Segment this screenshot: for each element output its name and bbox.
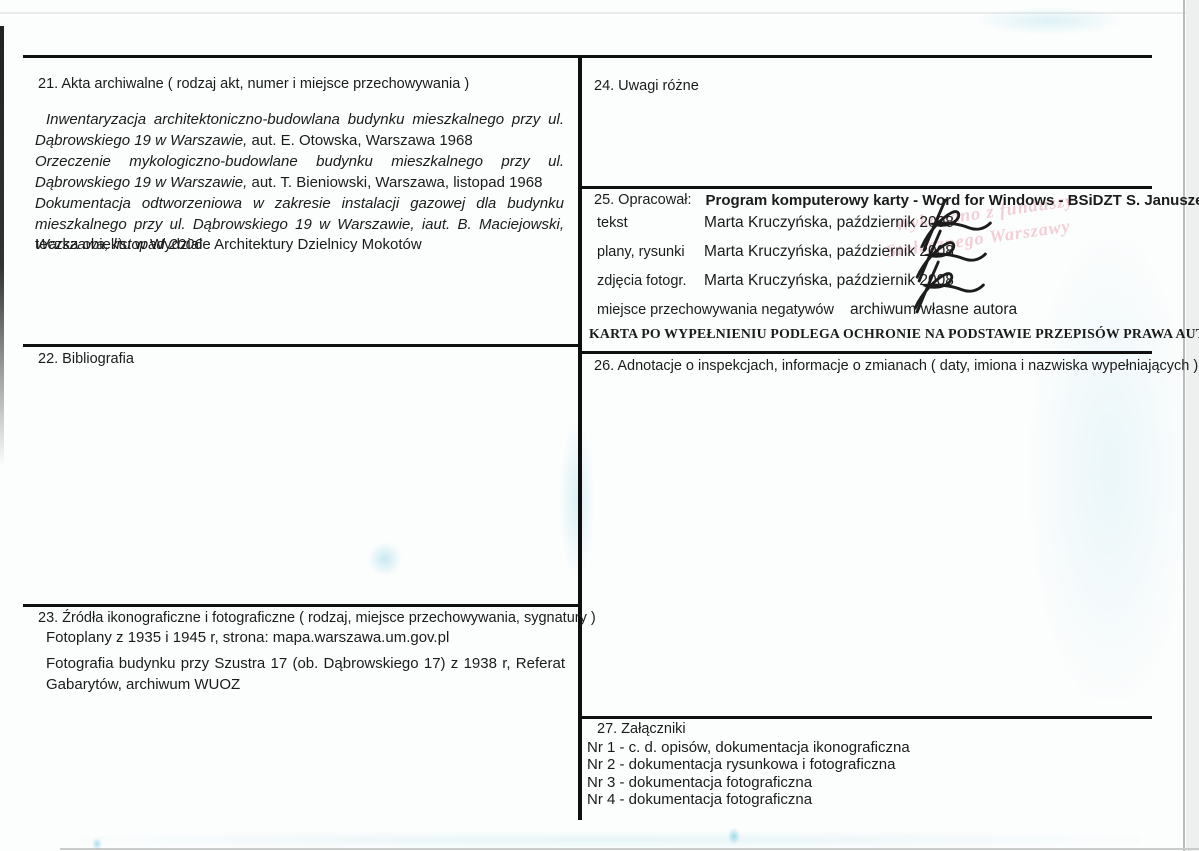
section-23-header: 23. Źródła ikonograficzne i fotograficzn… <box>38 610 596 626</box>
section-27-header: 27. Załączniki <box>597 721 910 738</box>
author-row-label: plany, rysunki <box>597 244 700 260</box>
section-25-header: 25. Opracował: Program komputerowy karty… <box>594 192 1199 209</box>
entry-regular-text: teczka obiektu w Wydziale Architektury D… <box>35 236 422 253</box>
section-26-header: 26. Adnotacje o inspekcjach, informacje … <box>594 358 1198 374</box>
copyright-notice: KARTA PO WYPEŁNIENIU PODLEGA OCHRONIE NA… <box>589 326 1199 342</box>
opracowal-label: 25. Opracował: <box>594 192 692 209</box>
attachment-item: Nr 4 - dokumentacja fotograficzna <box>587 791 910 808</box>
archival-entry: Orzeczenie mykologiczno-budowlane budynk… <box>35 152 564 193</box>
attachment-item: Nr 3 - dokumentacja fotograficzna <box>587 774 910 791</box>
attachment-item: Nr 2 - dokumentacja rysunkowa i fotograf… <box>587 756 910 773</box>
handwritten-signature <box>896 258 992 321</box>
iconographic-source-entry: Fotoplany z 1935 i 1945 r, strona: mapa.… <box>46 629 449 646</box>
archival-entry: teczka obiektu w Wydziale Architektury D… <box>35 235 564 256</box>
text-layer: 21. Akta archiwalne ( rodzaj akt, numer … <box>0 0 1199 851</box>
section-22-header: 22. Bibliografia <box>38 351 134 367</box>
section-27-attachments: 27. Załączniki Nr 1 - c. d. opisów, doku… <box>587 721 910 808</box>
attachment-item: Nr 1 - c. d. opisów, dokumentacja ikonog… <box>587 739 910 756</box>
author-row-label: tekst <box>597 215 700 231</box>
section-21-header: 21. Akta archiwalne ( rodzaj akt, numer … <box>38 76 469 92</box>
entry-regular-text: aut. T. Bieniowski, Warszawa, listopad 1… <box>247 174 542 191</box>
iconographic-source-entry: Fotografia budynku przy Szustra 17 (ob. … <box>46 654 565 695</box>
author-row-label: zdjęcia fotogr. <box>597 273 700 289</box>
scanned-record-card-page: Wykonano z funduszy Stołecznego Warszawy… <box>0 0 1199 851</box>
author-row-label: miejsce przechowywania negatywów <box>597 302 834 318</box>
archival-entry: Inwentaryzacja architektoniczno-budowlan… <box>35 110 564 151</box>
section-24-header: 24. Uwagi różne <box>594 78 699 94</box>
entry-regular-text: aut. E. Otowska, Warszawa 1968 <box>247 132 472 149</box>
